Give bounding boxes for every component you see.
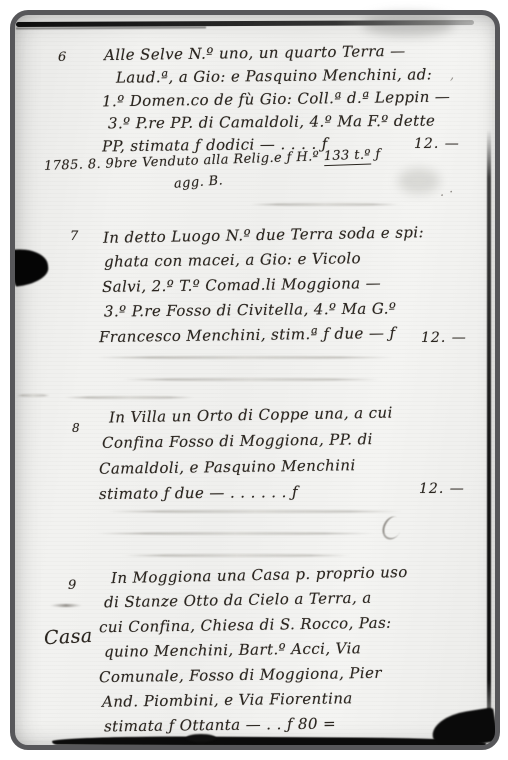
entry-3-line: Confina Fosso di Moggiona, PP. di [102,430,373,452]
entry-2-margin-number: 7 [70,229,79,244]
stray-mark: , [450,68,455,83]
scan-smudge [398,168,440,194]
entry-1-line: 3.º P.re PP. di Camaldoli, 4.º Ma F.º de… [108,112,435,133]
bleedthrough-stroke [95,532,375,535]
entry-2-line: ghata con macei, a Gio: e Vicolo [104,249,361,271]
book-bottom-edge-bump [186,734,216,742]
entry-4-margin-number: 9 [68,578,77,593]
manuscript-scan-page: , . · 6 Alle Selve N.º uno, un quarto Te… [0,0,508,760]
bleedthrough-stroke [120,378,382,381]
bleedthrough-stroke [95,356,395,359]
entry-4-line: And. Piombini, e Via Fiorentina [102,689,353,710]
sale-note-amount: 133 t.º [323,147,371,166]
entry-2-line: 3.º P.re Fosso di Civitella, 4.º Ma G.º [104,299,397,320]
bleedthrough-stroke [250,203,400,206]
entry-3-line: Camaldoli, e Pasquino Menchini [99,456,356,478]
entry-1-margin-number: 6 [58,50,67,65]
margin-dash [50,604,82,607]
bleedthrough-stroke [122,554,352,557]
entry-4-margin-label-casa: Casa [43,625,93,650]
entry-3-margin-number: 8 [72,421,80,435]
entry-4-line: quino Menchini, Bart.º Acci, Via [104,639,361,661]
entry-3-line: stimato ƒ due — . . . . . . ƒ [99,483,298,503]
sale-note-flourish: ƒ [375,147,381,162]
entry-3-amount: 12. — [419,481,465,497]
entry-4-line: stimata ƒ Ottanta — . . ƒ 80 = [104,715,336,736]
entry-1-line: Laud.ª, a Gio: e Pasquino Menchini, ad: [116,65,432,86]
entry-2-amount: 12. — [421,330,467,346]
page-right-edge-shadow [487,130,491,728]
bleedthrough-stroke [16,394,50,397]
stray-mark: . · [440,185,454,200]
bleedthrough-stroke [105,510,405,513]
entry-1-amount: 12. — [414,136,460,152]
bleedthrough-stroke [64,396,194,399]
